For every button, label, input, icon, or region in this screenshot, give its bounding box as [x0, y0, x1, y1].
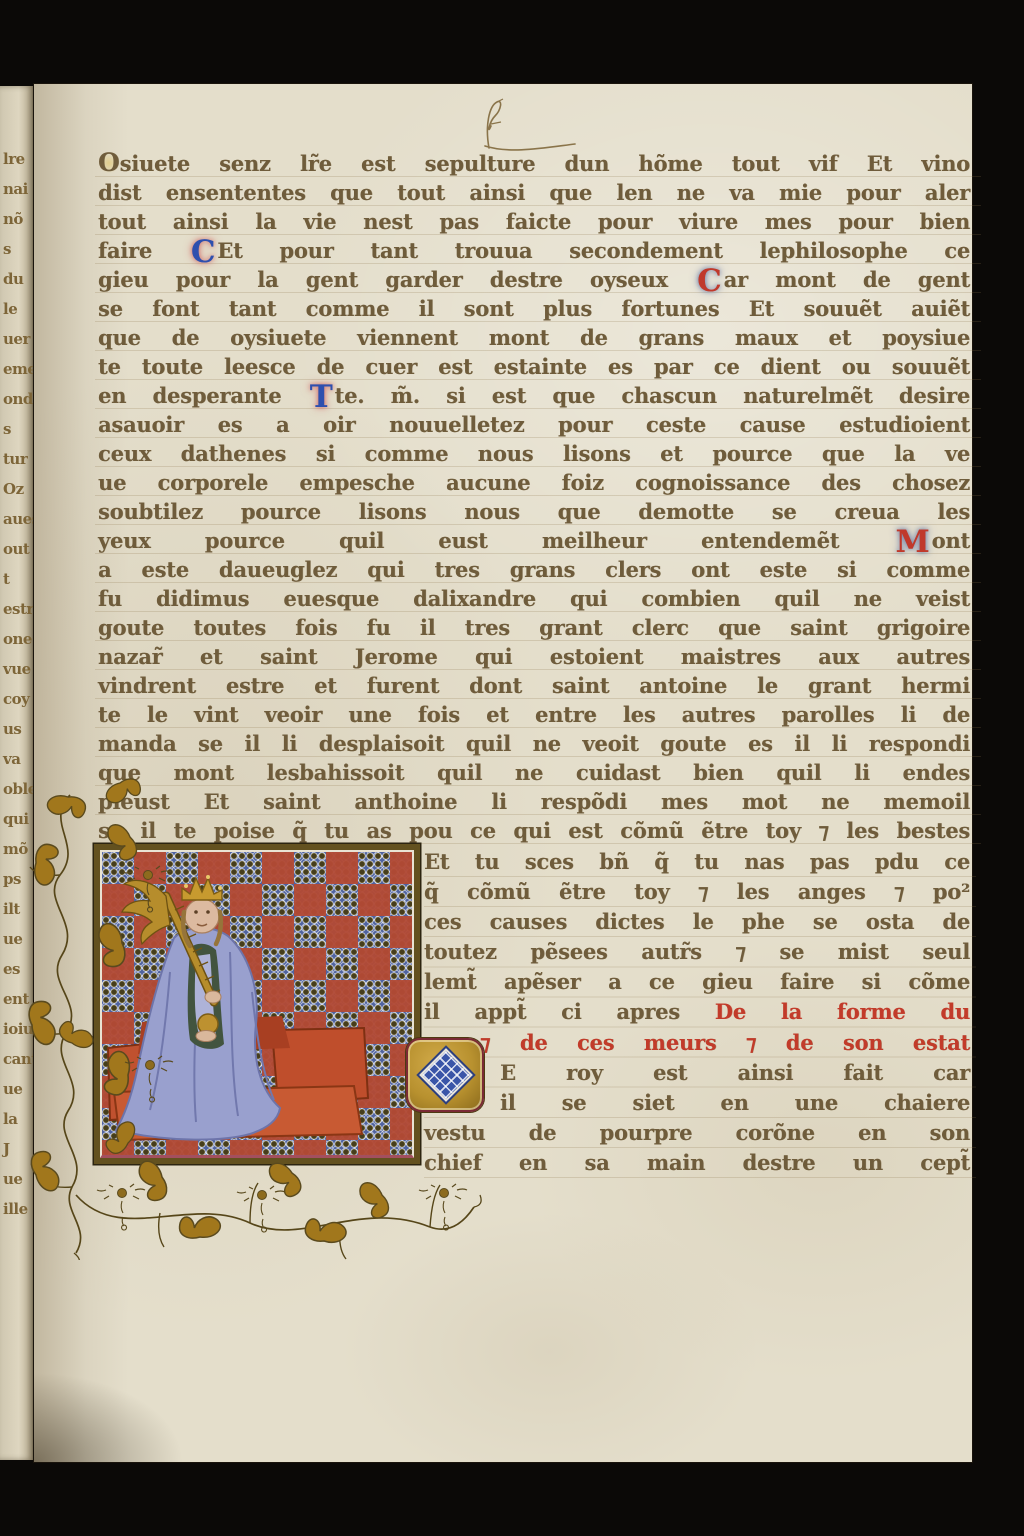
text-line: tout ainsi la vie nest pas faicte pour v… [98, 207, 970, 236]
text-line: goute toutes fois fu il tres grant clerc… [98, 613, 970, 642]
text-line: vestu de pourpre corõne en son [424, 1118, 970, 1148]
text-line: Osiuete senz lr̃e est sepulture dun hõme… [98, 149, 970, 178]
illuminated-initial-m-red: M [893, 532, 931, 552]
text-line: soubtilez pource lisons nous que demotte… [98, 497, 970, 526]
text-line: q̃ cõmũ ẽtre toy ⁊ les anges ⁊ po² [424, 877, 970, 907]
washed-initial-o: O [98, 153, 120, 173]
manuscript-photo: lre nai nõ s du le uer eme ondi s tur Oz… [0, 0, 1024, 1536]
text-line: asauoir es a oir nouuelletez pour ceste … [98, 410, 970, 439]
text-line: dist ensententes que tout ainsi que len … [98, 178, 970, 207]
text-line: se font tant comme il sont plus fortunes… [98, 294, 970, 323]
text-line: toutez pẽsees autr̃s ⁊ se mist seul [424, 937, 970, 967]
text-line: fu didimus euesque dalixandre qui combie… [98, 584, 970, 613]
text-line: Et tu sces bñ q̃ tu nas pas pdu ce [424, 847, 970, 877]
text-line: lemt̃ apẽser a ce gieu faire si cõme [424, 967, 970, 997]
text-line: gieu pour la gent garder destre oyseux C… [98, 265, 970, 294]
text-line: a este daueuglez qui tres grans clers on… [98, 555, 970, 584]
column-text-block: Et tu sces bñ q̃ tu nas pas pdu ce q̃ cõ… [424, 847, 970, 1178]
text-line: yeux pource quil eust meilheur entendemẽ… [98, 526, 970, 555]
text-line: ue corporele empesche aucune foiz cognoi… [98, 468, 970, 497]
text-line: manda se il li desplaisoit quil ne veoit… [98, 729, 970, 758]
pen-flourish-mark [455, 96, 585, 154]
text-line: te le vint veoir une fois et entre les a… [98, 700, 970, 729]
illuminated-initial-c-blue: C [189, 242, 217, 262]
text-line: il se siet en une chaiere [424, 1088, 970, 1118]
text-line: nazar̃ et saint Jerome qui estoient mais… [98, 642, 970, 671]
text-line: ceux dathenes si comme nous lisons et po… [98, 439, 970, 468]
text-line: ces causes dictes le phe se osta de [424, 907, 970, 937]
rubric-heading-part1: De la forme du [715, 999, 970, 1024]
illuminated-initial-t-blue: T [308, 387, 335, 407]
text-line: en desperante Tte. m̃. si est que chascu… [98, 381, 970, 410]
text-line: vindrent estre et furent dont saint anto… [98, 671, 970, 700]
rubric-heading-part2: roy ⁊ de ces meurs ⁊ de son estat [414, 1028, 970, 1058]
text-line: que de oysiuete viennent mont de grans m… [98, 323, 970, 352]
ivy-border-decoration [10, 775, 485, 1260]
illuminated-initial-c-red: C [695, 271, 723, 291]
text-line: chief en sa main destre un cept̃ [424, 1148, 970, 1178]
text-line: faire CEt pour tant trouua secondement l… [98, 236, 970, 265]
page-corner-shadow [34, 1372, 184, 1462]
main-text-block: Osiuete senz lr̃e est sepulture dun hõme… [98, 149, 970, 845]
text-line: E roy est ainsi fait car [424, 1058, 970, 1088]
text-line: il appt̃ ci apres De la forme du [424, 997, 970, 1027]
text-line: te toute leesce de cuer est estainte es … [98, 352, 970, 381]
